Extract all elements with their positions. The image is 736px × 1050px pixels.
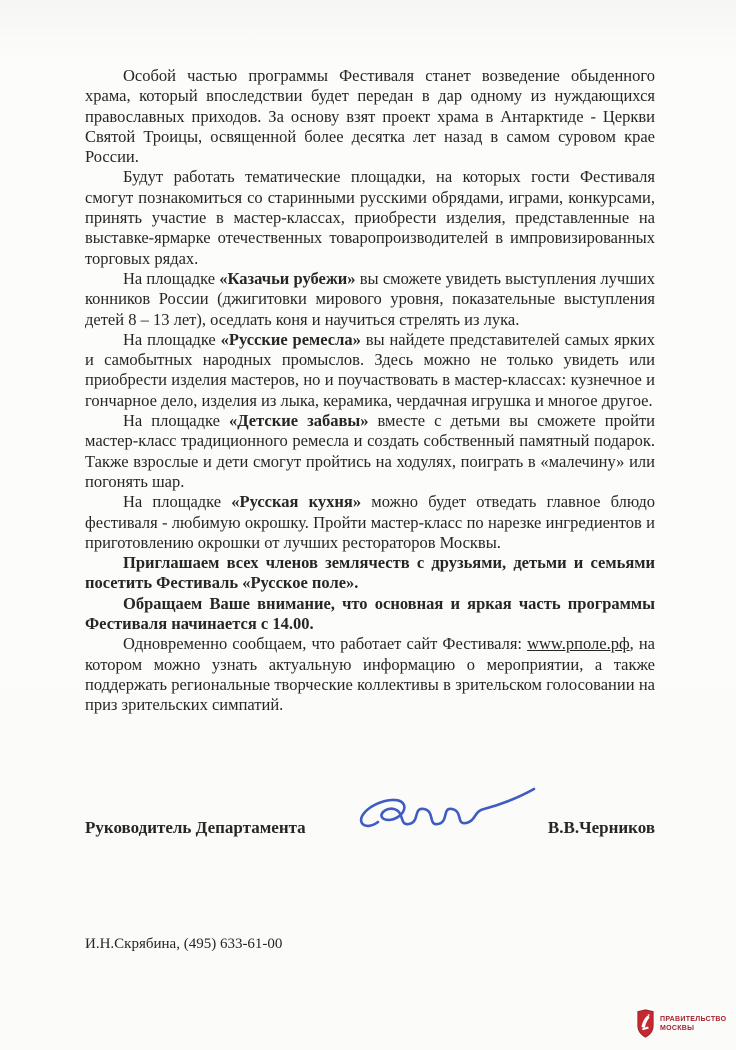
paragraph-text: Приглашаем всех членов землячеств с друз… [85, 553, 655, 592]
signatory-title: Руководитель Департамента [85, 818, 306, 838]
paragraph-text: На площадке [123, 492, 231, 511]
venue-name-cossack: «Казачьи рубежи» [219, 269, 355, 288]
paragraph-start-time-notice: Обращаем Ваше внимание, что основная и я… [85, 594, 655, 635]
venue-name-crafts: «Русские ремесла» [221, 330, 361, 349]
moscow-coat-of-arms-icon [637, 1009, 654, 1038]
logo-text-line1: ПРАВИТЕЛЬСТВО [660, 1015, 726, 1024]
website-link: www.рполе.рф [527, 634, 630, 653]
paragraph-children-games: На площадке «Детские забавы» вместе с де… [85, 411, 655, 492]
paragraph-text: Обращаем Ваше внимание, что основная и я… [85, 594, 655, 633]
paragraph-russian-cuisine: На площадке «Русская кухня» можно будет … [85, 492, 655, 553]
logo-text-line2: МОСКВЫ [660, 1024, 726, 1033]
paragraph-text: На площадке [123, 269, 219, 288]
paragraph-text: На площадке [123, 330, 221, 349]
moscow-government-logo: ПРАВИТЕЛЬСТВО МОСКВЫ [637, 1009, 726, 1038]
paragraph-playgrounds: Будут работать тематические площадки, на… [85, 167, 655, 268]
document-body-text: Особой частью программы Фестиваля станет… [85, 66, 655, 716]
logo-text: ПРАВИТЕЛЬСТВО МОСКВЫ [660, 1015, 726, 1033]
paragraph-invitation: Приглашаем всех членов землячеств с друз… [85, 553, 655, 594]
venue-name-cuisine: «Русская кухня» [231, 492, 361, 511]
paragraph-russian-crafts: На площадке «Русские ремесла» вы найдете… [85, 330, 655, 411]
signatory-name: В.В.Черников [548, 818, 655, 838]
signature-section: Руководитель Департамента В.В.Черников [85, 818, 655, 838]
contact-line: И.Н.Скрябина, (495) 633-61-00 [85, 936, 282, 953]
paragraph-website: Одновременно сообщаем, что работает сайт… [85, 634, 655, 715]
paragraph-cossack-frontiers: На площадке «Казачьи рубежи» вы сможете … [85, 269, 655, 330]
paragraph-text: Особой частью программы Фестиваля станет… [85, 66, 655, 166]
venue-name-children: «Детские забавы» [229, 411, 369, 430]
paragraph-temple: Особой частью программы Фестиваля станет… [85, 66, 655, 167]
paragraph-text: Будут работать тематические площадки, на… [85, 167, 655, 267]
paragraph-text: На площадке [123, 411, 229, 430]
paragraph-text: Одновременно сообщаем, что работает сайт… [123, 634, 527, 653]
